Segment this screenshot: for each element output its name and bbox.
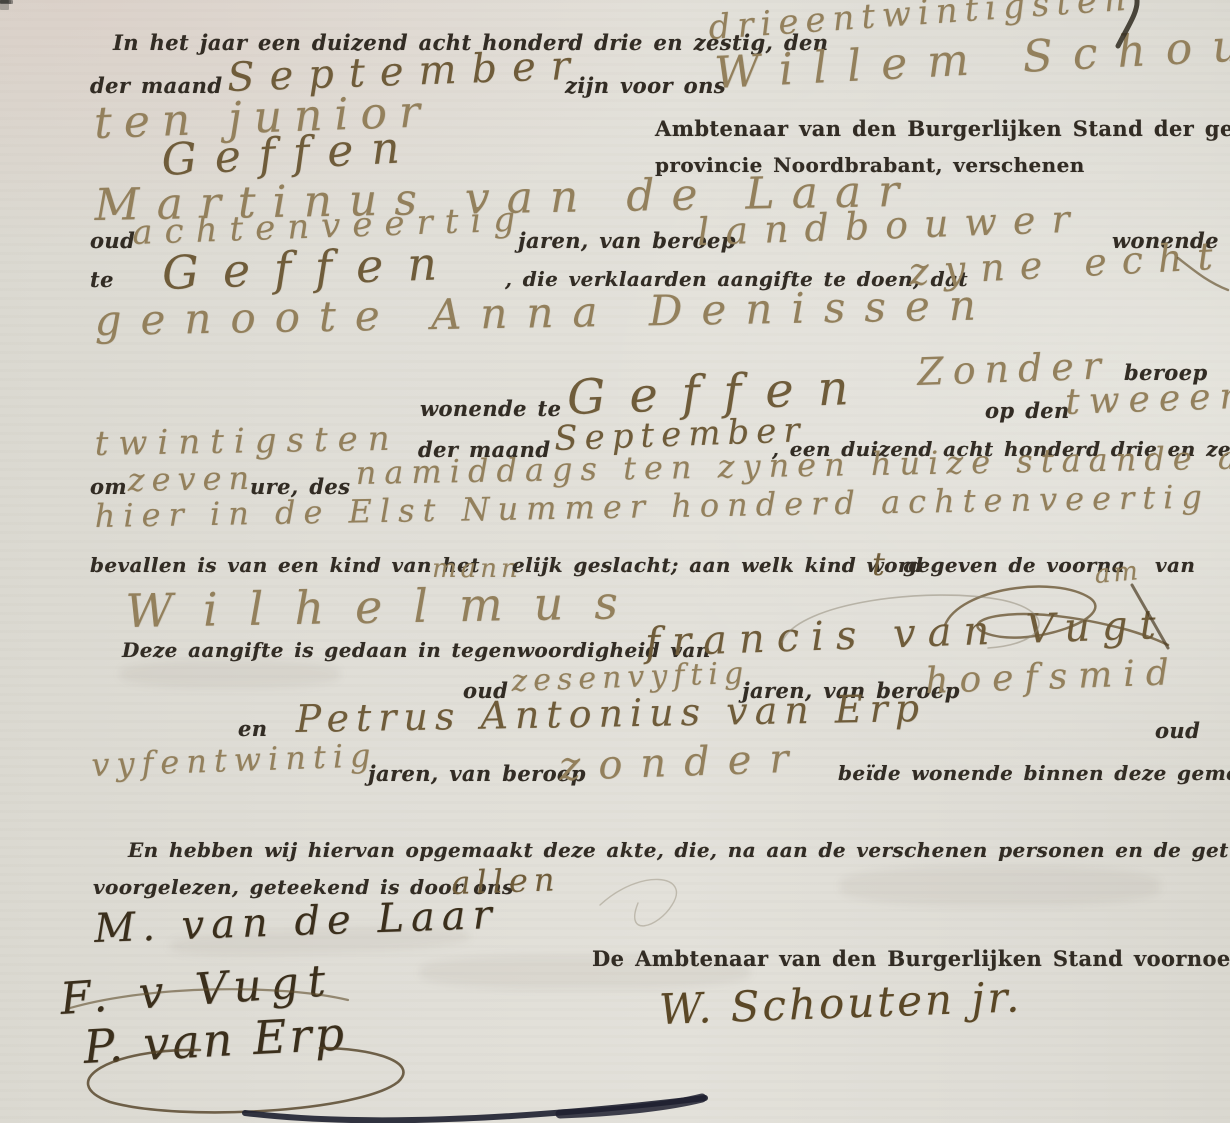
printed-age-label: oud bbox=[90, 228, 135, 253]
printed-before-us: zijn voor ons bbox=[565, 73, 726, 98]
printed-at-label: te bbox=[90, 267, 114, 292]
printed-age-label-3: oud bbox=[1155, 718, 1200, 743]
hw-name-suffix-am: am bbox=[1093, 556, 1142, 590]
hw-child-name: Wilhelmus bbox=[125, 575, 649, 638]
bleed-through-smudge bbox=[120, 660, 340, 688]
printed-gender-phrase: elijk geslacht; aan welk kind word bbox=[512, 553, 923, 577]
printed-closing-line-1: En hebben wij hiervan opgemaakt deze akt… bbox=[128, 838, 1230, 862]
printed-and-word: en bbox=[238, 716, 267, 741]
hw-witness2-occupation: zonder bbox=[558, 735, 807, 790]
printed-residing-at: wonende te bbox=[420, 396, 561, 421]
printed-at-time: om bbox=[90, 474, 127, 499]
printed-registrar-title: Ambtenaar van den Burgerlijken Stand der… bbox=[655, 116, 1230, 141]
flourish-dark-tail bbox=[245, 1098, 705, 1120]
printed-given-names-phrase: gegeven de voorna bbox=[903, 553, 1125, 577]
flourish-allen-loop bbox=[600, 879, 676, 925]
printed-registrar-signoff: De Ambtenaar van den Burgerlijken Stand … bbox=[592, 946, 1230, 971]
hw-birth-hour: zeven bbox=[127, 459, 256, 499]
hw-birth-day-2: twintigsten bbox=[94, 419, 400, 464]
printed-witness-intro: Deze aangifte is gedaan in tegenwoordigh… bbox=[122, 638, 711, 662]
printed-on-the: op den bbox=[985, 398, 1070, 423]
printed-occupation-label-3: jaren, van beroep bbox=[368, 761, 586, 786]
scan-edge-mark bbox=[0, 0, 9, 10]
birth-record-scan: In het jaar een duizend acht honderd dri… bbox=[0, 0, 1230, 1123]
hw-witness2-name: Petrus Antonius van Erp bbox=[295, 686, 926, 741]
hw-witness2-age: vyfentwintig bbox=[91, 736, 378, 784]
printed-delivered-phrase: bevallen is van een kind van het bbox=[90, 553, 480, 577]
hw-witness1-occupation: hoefsmid bbox=[925, 652, 1181, 702]
hw-word-suffix-t: t bbox=[872, 545, 885, 583]
printed-of-word: van bbox=[1155, 553, 1195, 577]
hw-birth-day-1: tweeen bbox=[1065, 376, 1230, 423]
bleed-through-smudge bbox=[840, 866, 1160, 906]
printed-both-residing: beïde wonende binnen deze gemeente. bbox=[838, 761, 1230, 785]
flourish-dark-tail-thick bbox=[560, 1098, 702, 1114]
